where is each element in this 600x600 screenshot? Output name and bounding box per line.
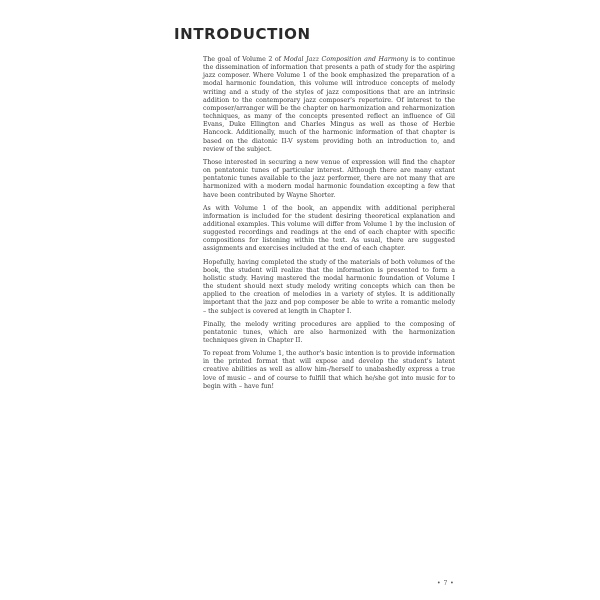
paragraph-1-pre: The goal of Volume 2 of	[203, 56, 284, 63]
paragraph-6: To repeat from Volume 1, the author's ba…	[203, 350, 455, 391]
book-title-italic: Modal Jazz Composition and Harmony	[284, 56, 409, 63]
page-number: • 7 •	[437, 580, 454, 587]
paragraph-1: The goal of Volume 2 of Modal Jazz Compo…	[203, 56, 455, 154]
paragraph-5: Finally, the melody writing procedures a…	[203, 321, 455, 345]
paragraph-4: Hopefully, having completed the study of…	[203, 259, 455, 316]
paragraph-1-post: is to continue the dissemination of info…	[203, 56, 455, 153]
body-text: The goal of Volume 2 of Modal Jazz Compo…	[203, 56, 455, 396]
page-title: INTRODUCTION	[174, 25, 311, 43]
paragraph-3: As with Volume 1 of the book, an appendi…	[203, 205, 455, 254]
paragraph-2: Those interested in securing a new venue…	[203, 159, 455, 200]
document-page: INTRODUCTION The goal of Volume 2 of Mod…	[0, 0, 600, 600]
